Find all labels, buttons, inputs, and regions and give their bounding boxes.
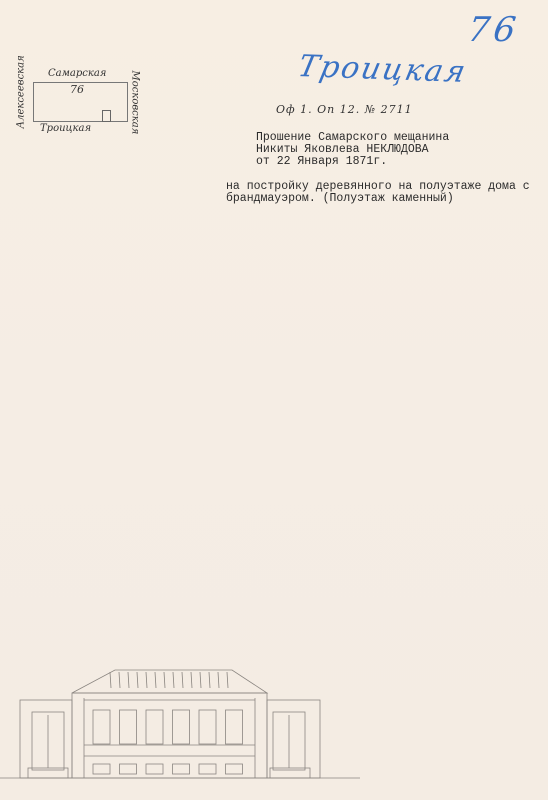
street-title: Троицкая (295, 49, 470, 90)
document-page: 76 Троицкая Оф 1. Оп 12. № 2711 76 Самар… (0, 0, 548, 800)
description-line: брандмауэром. (Полуэтаж каменный) (226, 193, 530, 205)
street-label-left: Алексеевская (16, 59, 27, 129)
gate-icon (102, 110, 111, 122)
street-label-bottom: Троицкая (40, 123, 91, 134)
street-label-right: Московская (130, 71, 141, 121)
petition-header: Прошение Самарского мещанинаНикиты Яковл… (256, 132, 449, 168)
page-number: 76 (465, 10, 522, 50)
petition-description: на постройку деревянного на полуэтаже до… (226, 181, 530, 205)
petition-line: от 22 Января 1871г. (256, 156, 449, 168)
site-plan: 76 Самарская Троицкая Алексеевская Моско… (0, 50, 160, 140)
street-label-top: Самарская (48, 68, 106, 79)
lot-number: 76 (70, 83, 84, 96)
archive-reference: Оф 1. Оп 12. № 2711 (276, 103, 413, 116)
facade-drawing (0, 660, 360, 800)
